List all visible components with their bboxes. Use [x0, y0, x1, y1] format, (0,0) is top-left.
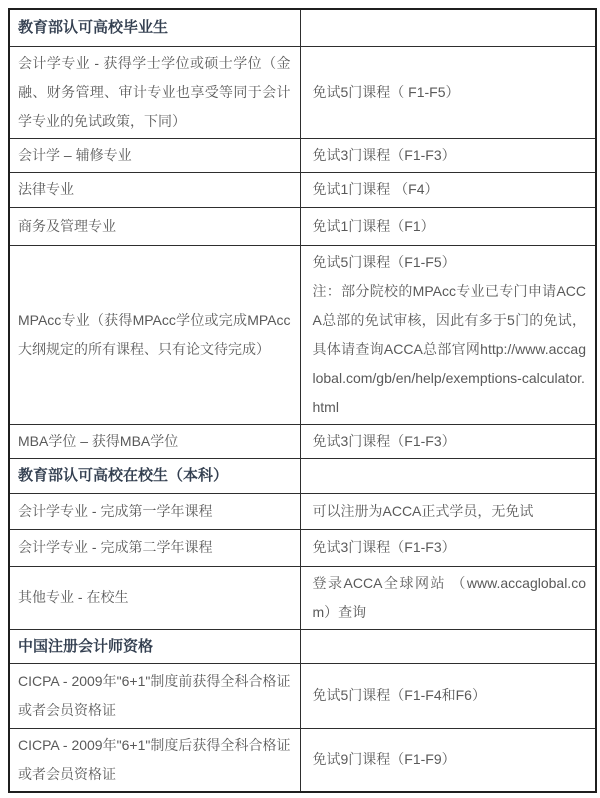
section-header-cell: 中国注册会计师资格	[9, 629, 300, 663]
profession-cell: CICPA - 2009年"6+1"制度后获得全科合格证或者会员资格证	[9, 728, 300, 792]
table-row-accounting-year1: 会计学专业 - 完成第一学年课程 可以注册为ACCA正式学员，无免试	[9, 493, 596, 529]
profession-cell: MBA学位 – 获得MBA学位	[9, 424, 300, 458]
table-row-cicpa-before-2009: CICPA - 2009年"6+1"制度前获得全科合格证或者会员资格证 免试5门…	[9, 663, 596, 728]
profession-cell: 会计学 – 辅修专业	[9, 138, 300, 172]
exemption-cell	[300, 629, 596, 663]
table-row-section-cicpa: 中国注册会计师资格	[9, 629, 596, 663]
table-row-mpacc: MPAcc专业（获得MPAcc学位或完成MPAcc大纲规定的所有课程、只有论文待…	[9, 245, 596, 424]
exemption-cell	[300, 9, 596, 46]
page: 教育部认可高校毕业生 会计学专业 - 获得学士学位或硕士学位（金融、财务管理、审…	[0, 0, 600, 798]
exemption-cell: 免试1门课程 （F4）	[300, 172, 596, 207]
section-header-cell: 教育部认可高校在校生（本科）	[9, 458, 300, 493]
table-row-other-students: 其他专业 - 在校生 登录ACCA全球网站 （www.accaglobal.co…	[9, 566, 596, 629]
table-row-accounting-degree: 会计学专业 - 获得学士学位或硕士学位（金融、财务管理、审计专业也享受等同于会计…	[9, 46, 596, 138]
exemption-cell: 免试3门课程（F1-F3）	[300, 424, 596, 458]
table-row-section-undergraduates: 教育部认可高校在校生（本科）	[9, 458, 596, 493]
profession-cell: 会计学专业 - 获得学士学位或硕士学位（金融、财务管理、审计专业也享受等同于会计…	[9, 46, 300, 138]
exemption-cell: 免试5门课程（F1-F5） 注：部分院校的MPAcc专业已专门申请ACCA总部的…	[300, 245, 596, 424]
exemption-cell: 免试5门课程（ F1-F5）	[300, 46, 596, 138]
exemption-cell: 登录ACCA全球网站 （www.accaglobal.com）查询	[300, 566, 596, 629]
table-row-accounting-year2: 会计学专业 - 完成第二学年课程 免试3门课程（F1-F3）	[9, 529, 596, 566]
acca-exemption-table: 教育部认可高校毕业生 会计学专业 - 获得学士学位或硕士学位（金融、财务管理、审…	[8, 8, 597, 793]
table-row-accounting-minor: 会计学 – 辅修专业 免试3门课程（F1-F3）	[9, 138, 596, 172]
table-row-section-graduates: 教育部认可高校毕业生	[9, 9, 596, 46]
profession-cell: 商务及管理专业	[9, 207, 300, 245]
profession-cell: 法律专业	[9, 172, 300, 207]
table-row-law: 法律专业 免试1门课程 （F4）	[9, 172, 596, 207]
profession-cell: 会计学专业 - 完成第二学年课程	[9, 529, 300, 566]
exemption-cell: 免试3门课程（F1-F3）	[300, 529, 596, 566]
exemption-cell: 免试9门课程（F1-F9）	[300, 728, 596, 792]
table-row-mba: MBA学位 – 获得MBA学位 免试3门课程（F1-F3）	[9, 424, 596, 458]
exemption-cell: 免试5门课程（F1-F4和F6）	[300, 663, 596, 728]
exemption-note: 注：部分院校的MPAcc专业已专门申请ACCA总部的免试审核，因此有多于5门的免…	[313, 277, 587, 422]
exemption-text: 免试5门课程（F1-F5）	[313, 248, 587, 277]
exemption-cell: 免试3门课程（F1-F3）	[300, 138, 596, 172]
profession-cell: CICPA - 2009年"6+1"制度前获得全科合格证或者会员资格证	[9, 663, 300, 728]
section-header-cell: 教育部认可高校毕业生	[9, 9, 300, 46]
exemption-cell	[300, 458, 596, 493]
exemption-cell: 免试1门课程（F1）	[300, 207, 596, 245]
table-row-cicpa-after-2009: CICPA - 2009年"6+1"制度后获得全科合格证或者会员资格证 免试9门…	[9, 728, 596, 792]
profession-cell: MPAcc专业（获得MPAcc学位或完成MPAcc大纲规定的所有课程、只有论文待…	[9, 245, 300, 424]
profession-cell: 会计学专业 - 完成第一学年课程	[9, 493, 300, 529]
table-row-business-management: 商务及管理专业 免试1门课程（F1）	[9, 207, 596, 245]
exemption-cell: 可以注册为ACCA正式学员，无免试	[300, 493, 596, 529]
profession-cell: 其他专业 - 在校生	[9, 566, 300, 629]
